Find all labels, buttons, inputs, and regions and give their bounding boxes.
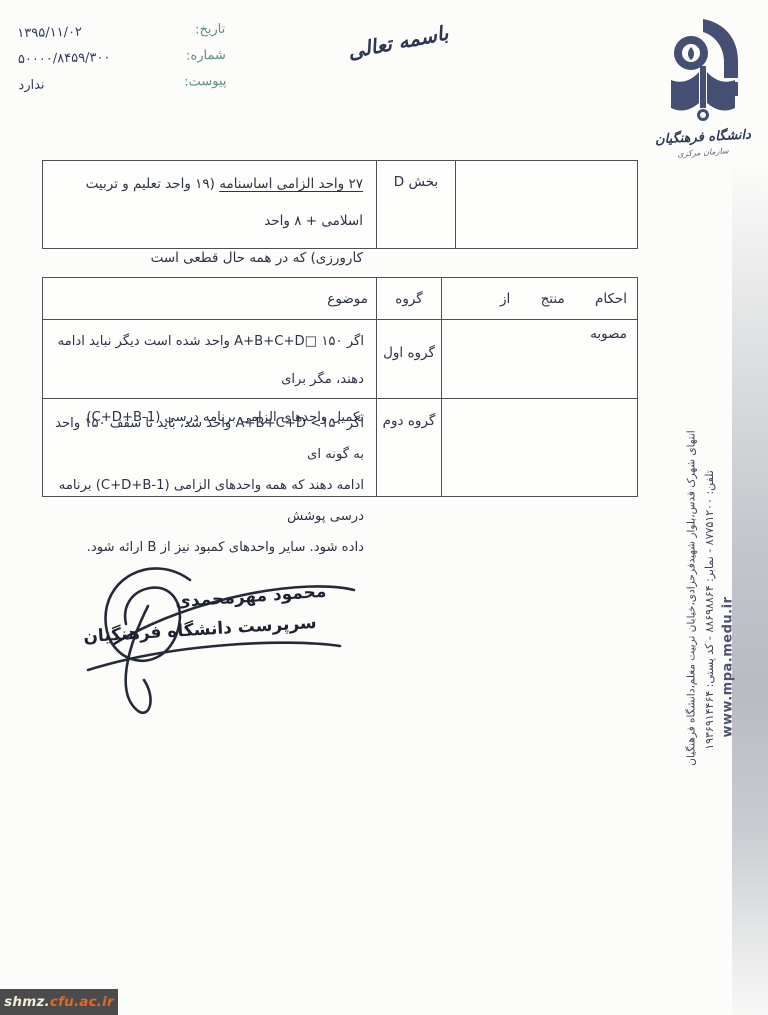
group-col-header: گروه [376,278,441,319]
rulings-word2-cell: مصوبه [441,320,637,398]
section-d-empty-cell [455,161,637,248]
letter-meta-block: تاریخ: ۱۳۹۵/۱۱/۰۲ شماره: ۵۰۰۰۰/۸۴۵۹/۳۰۰ … [13,22,227,104]
section-d-subject-cell: ۲۷ واحد الزامی اساسنامه (۱۹ واحد تعلیم و… [43,161,376,248]
watermark-badge: shmz.cfu.ac.ir [0,989,118,1015]
subject-col-header: موضوع [43,278,376,319]
table-row-group2: گروه دوم اگر ۱۵۰> A+B+C+D واحد شد، باید … [43,398,637,496]
group1-label-cell: گروه اول [376,320,441,398]
watermark-domain: cfu.ac.ir [50,994,114,1010]
besmellah-calligraphy: باسمه تعالی [317,15,479,69]
group2-subject-cell: اگر ۱۵۰> A+B+C+D واحد شد، باید تا سقف ۱۵… [43,399,376,496]
scanned-letter-page: تاریخ: ۱۳۹۵/۱۱/۰۲ شماره: ۵۰۰۰۰/۸۴۵۹/۳۰۰ … [0,0,768,1015]
table-row-group1: مصوبه گروه اول اگر ۱۵۰ □A+B+C+D واحد شده… [43,319,637,398]
number-value: ۵۰۰۰۰/۸۴۵۹/۳۰۰ [14,49,174,67]
watermark-prefix: shmz. [4,994,50,1010]
meta-row-number: شماره: ۵۰۰۰۰/۸۴۵۹/۳۰۰ [14,48,226,67]
sidebar-phone-fax-postal: تلفن: ۸۷۷۵۱۲۰۰ - نمابر: ۸۸۶۹۸۸۶۴ - کد پس… [701,430,719,790]
attachment-label: پیوست: [174,74,226,90]
group2-line1: اگر ۱۵۰> A+B+C+D واحد شد، باید تا سقف ۱۵… [51,408,364,470]
group2-label-cell: گروه دوم [376,399,441,496]
meta-row-attachment: پیوست: ندارد [14,74,226,93]
section-d-line2: کارورزی) که در همه حال قطعی است [53,240,363,277]
sidebar-website: www.mpa.medu.ir [720,545,738,790]
group2-rulings-cell [441,399,637,496]
section-d-table: بخش D ۲۷ واحد الزامی اساسنامه (۱۹ واحد ت… [42,160,638,249]
date-label: تاریخ: [173,22,225,38]
rulings-table: احکام منتج از گروه موضوع مصوبه گروه اول … [42,277,638,497]
attachment-value: ندارد [14,75,174,93]
sidebar-address: انتهای شهرک قدس،بلوار شهیدفرحزادی،خیابان… [683,366,701,831]
group2-line2: ادامه دهند که همه واحدهای الزامی ‎(C+D+B… [51,470,364,532]
section-d-underlined-text: ۲۷ واحد الزامی اساسنامه [219,176,363,192]
group1-line1: اگر ۱۵۰ □A+B+C+D واحد شده است دیگر نباید… [51,323,364,399]
section-d-label-cell: بخش D [376,161,455,248]
section-d-line1: ۲۷ واحد الزامی اساسنامه (۱۹ واحد تعلیم و… [53,166,363,240]
group1-subject-cell: اگر ۱۵۰ □A+B+C+D واحد شده است دیگر نباید… [43,320,376,398]
rulings-col-header: احکام منتج از [441,278,637,319]
meta-row-date: تاریخ: ۱۳۹۵/۱۱/۰۲ [13,22,225,41]
university-emblem-icon [648,16,758,128]
date-value: ۱۳۹۵/۱۱/۰۲ [13,23,173,41]
rulings-header-row: احکام منتج از گروه موضوع [43,278,637,319]
university-logo: دانشگاه فرهنگیان سازمان مرکزی [648,16,758,157]
number-label: شماره: [174,48,226,64]
